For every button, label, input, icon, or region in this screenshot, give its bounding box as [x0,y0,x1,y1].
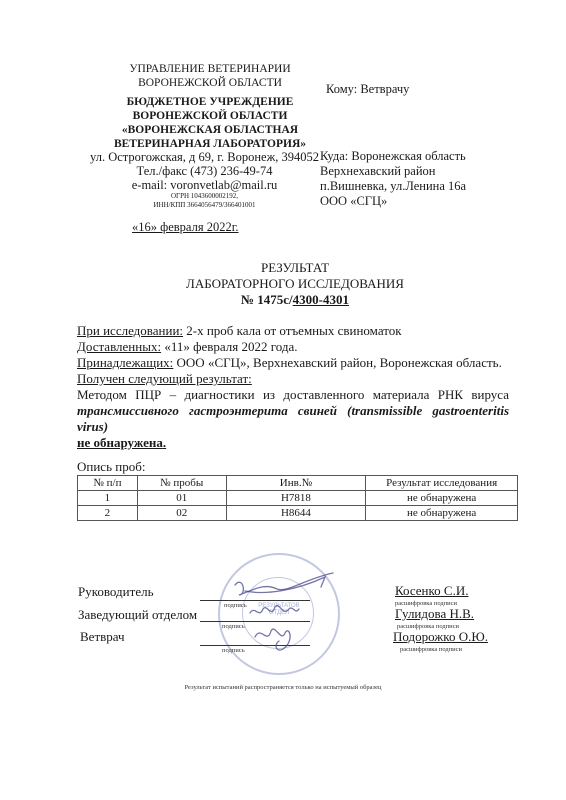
contacts-block: ул. Острогожская, д 69, г. Воронеж, 3940… [82,150,327,210]
table-cell: 01 [137,491,226,506]
column-header: № пробы [137,476,226,491]
destination-line: ООО «СГЦ» [320,194,466,209]
method-end: . [163,435,166,450]
org-line: БЮДЖЕТНОЕ УЧРЕЖДЕНИЕ [95,95,325,109]
method-result: не обнаружена [77,435,163,450]
samples-table: № п/п № пробы Инв.№ Результат исследован… [77,475,518,521]
column-header: № п/п [78,476,138,491]
result-body: При исследовании: 2-х проб кала от отъем… [77,323,509,451]
signature-role: Ветврач [80,629,125,645]
column-header: Результат исследования [366,476,518,491]
table-cell: 02 [137,506,226,521]
signatory-name: Косенко С.И. [395,583,468,599]
destination-address: Куда: Воронежская область Верхнехавский … [320,149,466,209]
destination-line: Верхнехавский район [320,164,466,179]
authority-line: УПРАВЛЕНИЕ ВЕТЕРИНАРИИ [100,62,320,76]
footer-note: Результат испытаний распространяется тол… [0,684,566,691]
email: e-mail: voronvetlab@mail.ru [82,178,327,192]
name-caption: расшифровка подписи [400,646,462,653]
phone: Тел./факс (473) 236-49-74 [82,164,327,178]
table-cell: не обнаружена [366,506,518,521]
result-label-row: Получен следующий результат: [77,371,509,387]
delivered-label: Доставленных: [77,339,161,354]
table-cell: 2 [78,506,138,521]
table-cell: Н7818 [226,491,366,506]
delivered-row: Доставленных: «11» февраля 2022 года. [77,339,509,355]
org-line: ВЕТЕРИНАРНАЯ ЛАБОРАТОРИЯ» [95,137,325,151]
authority-line: ВОРОНЕЖСКОЙ ОБЛАСТИ [100,76,320,90]
table-cell: Н8644 [226,506,366,521]
virus-name: трансмиссивного гастроэнтерита свиней (t… [77,403,509,435]
organization-name: БЮДЖЕТНОЕ УЧРЕЖДЕНИЕ ВОРОНЕЖСКОЙ ОБЛАСТИ… [95,95,325,151]
owner-value: ООО «СГЦ», Верхнехавский район, Воронежс… [173,355,502,370]
document-number: № 1475с/4300-4301 [150,292,440,308]
research-label: При исследовании: [77,323,183,338]
signatory-name: Гулидова Н.В. [395,606,474,622]
recipient: Кому: Ветврачу [326,82,409,97]
research-value: 2-х проб кала от отъемных свиноматок [183,323,402,338]
document-date: «16» февраля 2022г. [132,220,239,235]
table-header-row: № п/п № пробы Инв.№ Результат исследован… [78,476,518,491]
owner-row: Принадлежащих: ООО «СГЦ», Верхнехавский … [77,355,509,371]
ogrn: ОГРН 1043600002192, [82,192,327,201]
method-result-row: не обнаружена. [77,435,509,451]
research-row: При исследовании: 2-х проб кала от отъем… [77,323,509,339]
signature-role: Заведующий отделом [78,607,197,623]
title-line: ЛАБОРАТОРНОГО ИССЛЕДОВАНИЯ [150,276,440,292]
address: ул. Острогожская, д 69, г. Воронеж, 3940… [82,150,327,164]
org-line: «ВОРОНЕЖСКАЯ ОБЛАСТНАЯ [95,123,325,137]
destination-line: Куда: Воронежская область [320,149,466,164]
owner-label: Принадлежащих: [77,355,173,370]
samples-caption: Опись проб: [77,459,145,475]
table-row: 1 01 Н7818 не обнаружена [78,491,518,506]
handwritten-signature-icon [225,565,345,660]
table-row: 2 02 Н8644 не обнаружена [78,506,518,521]
destination-line: п.Вишневка, ул.Ленина 16а [320,179,466,194]
inn-kpp: ИНН/КПП 3664056479/366401001 [82,201,327,210]
delivered-value: «11» февраля 2022 года. [161,339,297,354]
number-prefix: № 1475с/ [241,292,293,307]
table-cell: 1 [78,491,138,506]
method-line: Методом ПЦР – диагностики из доставленно… [77,387,509,403]
org-line: ВОРОНЕЖСКОЙ ОБЛАСТИ [95,109,325,123]
authority-name: УПРАВЛЕНИЕ ВЕТЕРИНАРИИ ВОРОНЕЖСКОЙ ОБЛАС… [100,62,320,90]
column-header: Инв.№ [226,476,366,491]
number-range: 4300-4301 [293,292,349,307]
signature-role: Руководитель [78,584,154,600]
document-title: РЕЗУЛЬТАТ ЛАБОРАТОРНОГО ИССЛЕДОВАНИЯ № 1… [150,260,440,308]
result-label: Получен следующий результат: [77,371,252,386]
signatory-name: Подорожко О.Ю. [393,629,488,645]
title-line: РЕЗУЛЬТАТ [150,260,440,276]
table-cell: не обнаружена [366,491,518,506]
